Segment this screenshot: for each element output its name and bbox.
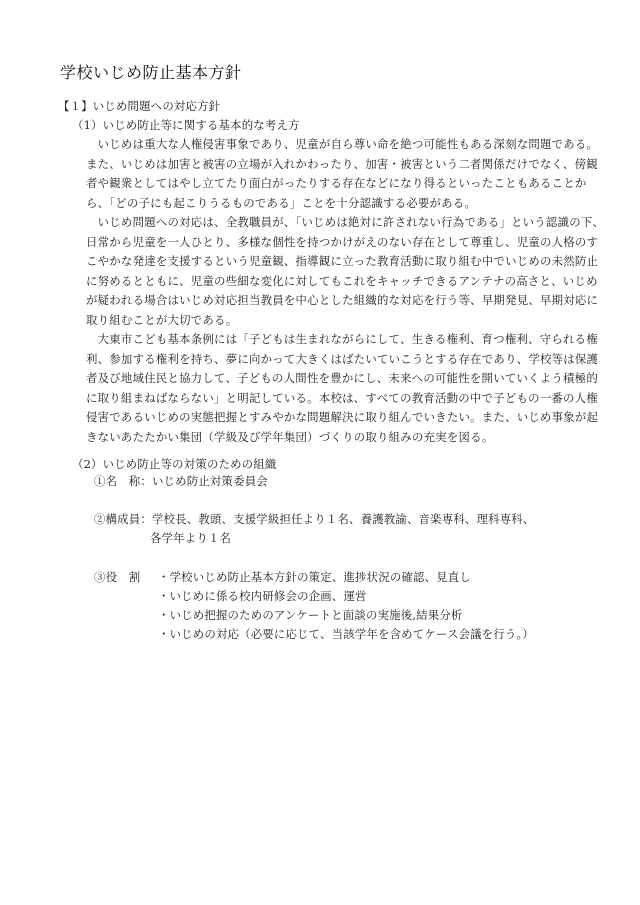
text-line: いじめは重大な人権侵害事象であり、児童が自ら尊い命を絶つ可能性もある深刻な問題で… (86, 135, 610, 155)
text-line: 日常から児童を一人ひとり、多様な個性を持つかけがえのない存在として尊重し、児童の… (86, 233, 610, 253)
role-item: ・学校いじめ防止基本方針の策定、進捗状況の確認、見直し (158, 568, 471, 587)
text-line: ら、「どの子にも起こりうるものである」ことを十分認識する必要がある。 (86, 194, 610, 214)
text-line: が疑われる場合はいじめ対応担当教員を中心とした組織的な対応を行う等、早期発見、早… (86, 291, 610, 311)
paragraph: いじめは重大な人権侵害事象であり、児童が自ら尊い命を絶つ可能性もある深刻な問題で… (86, 135, 610, 213)
role-item: ・いじめに係る校内研修会の企画、運営 (158, 587, 367, 606)
paragraph: 大東市こども基本条例には「子どもは生まれながらにして、生きる権利、育つ権利、守ら… (86, 330, 610, 447)
subsection-heading: （1）いじめ防止等に関する基本的な考え方 (72, 118, 300, 132)
members-label: ②構成員： (94, 512, 152, 526)
role-item: ・いじめの対応（必要に応じて、当該学年を含めてケース会議を行う。） (158, 625, 534, 644)
org-name-label: ①名 称： (94, 474, 152, 488)
members-value: 学校長、教頭、支援学級担任より１名、養護教諭、音楽専科、理科専科、 (152, 512, 535, 526)
subsection-heading: （2）いじめ防止等の対策のための組織 (72, 457, 277, 471)
page-title: 学校いじめ防止基本方針 (60, 60, 242, 83)
text-line: 利、参加する権利を持ち、夢に向かって大きくはばたいていこうとする存在であり、学校… (86, 350, 610, 370)
text-line: また、いじめは加害と被害の立場が入れかわったり、加害・被害という二者関係だけでな… (86, 155, 610, 175)
members-row: ②構成員：学校長、教頭、支援学級担任より１名、養護教諭、音楽専科、理科専科、 (94, 510, 534, 529)
text-line: 者や観衆としてはやし立てたり面白がったりする存在などになり得るといったこともある… (86, 174, 610, 194)
text-line: 大東市こども基本条例には「子どもは生まれながらにして、生きる権利、育つ権利、守ら… (86, 330, 610, 350)
text-line: きないあたたかい集団（学級及び学年集団）づくりの取り組みの充実を図る。 (86, 428, 610, 448)
org-name-row: ①名 称：いじめ防止対策委員会 (94, 472, 268, 491)
text-line: に取り組まねばならない」と明記している。本校は、すべての教育活動の中で子どもの一… (86, 389, 610, 409)
text-line: に努めるとともに、児童の些細な変化に対してもこれをキャッチできるアンテナの高さと… (86, 272, 610, 292)
org-name-value: いじめ防止対策委員会 (152, 474, 268, 488)
roles-label: ③役 割 (94, 568, 140, 587)
text-line: 者及び地域住民と協力して、子どもの人間性を豊かにし、未来への可能性を開いていくよ… (86, 369, 610, 389)
role-item: ・いじめ把握のためのアンケートと面談の実施後,結果分析 (158, 606, 463, 625)
members-row-continued: 各学年より１名 (150, 529, 231, 548)
section-heading: 【１】いじめ問題への対応方針 (58, 99, 220, 113)
text-line: こやかな発達を支援するという児童観、指導観に立った教育活動に取り組む中でいじめの… (86, 252, 610, 272)
text-line: いじめ問題への対応は、全教職員が、「いじめは絶対に許されない行為である」という認… (86, 213, 610, 233)
text-line: 取り組むことが大切である。 (86, 311, 610, 331)
paragraph: いじめ問題への対応は、全教職員が、「いじめは絶対に許されない行為である」という認… (86, 213, 610, 330)
text-line: 侵害であるいじめの実態把握とすみやかな問題解決に取り組んでいきたい。また、いじめ… (86, 408, 610, 428)
